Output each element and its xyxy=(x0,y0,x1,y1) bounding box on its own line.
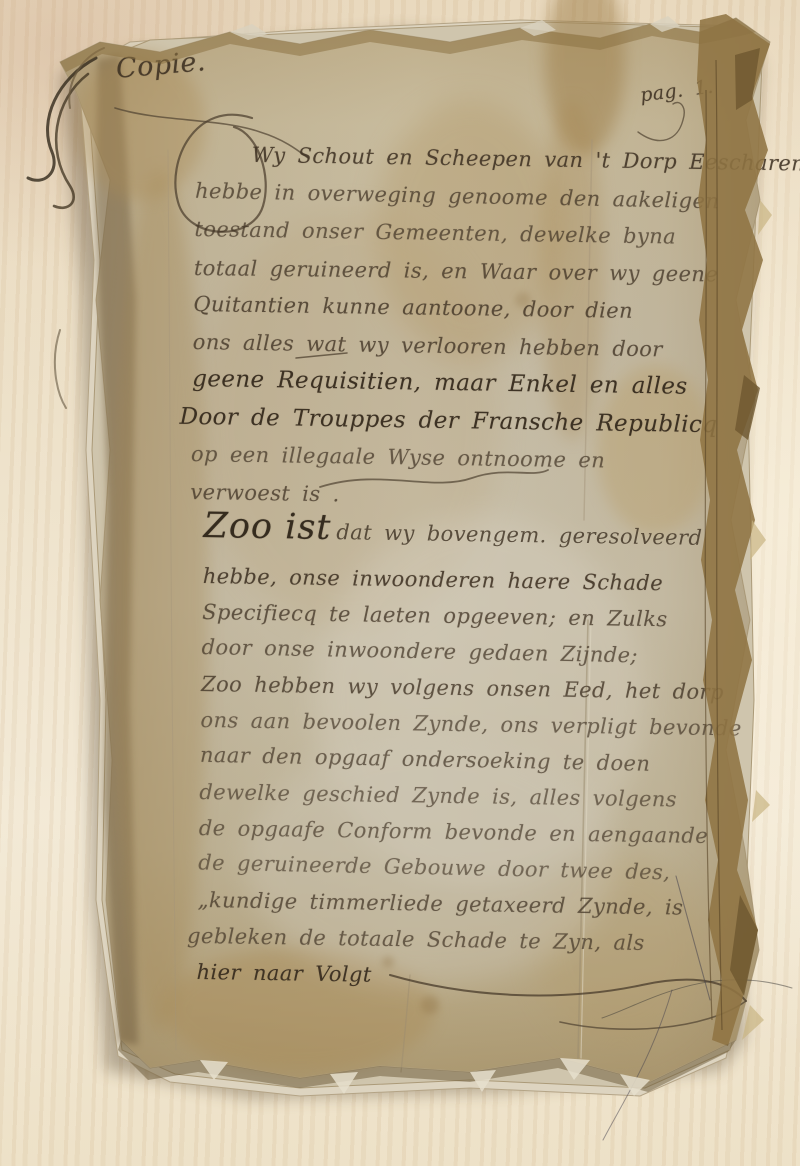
manuscript-photo: Copie. pag. 1. Wy Schout en Scheepen van… xyxy=(0,0,800,1166)
photo-background xyxy=(0,0,800,1166)
